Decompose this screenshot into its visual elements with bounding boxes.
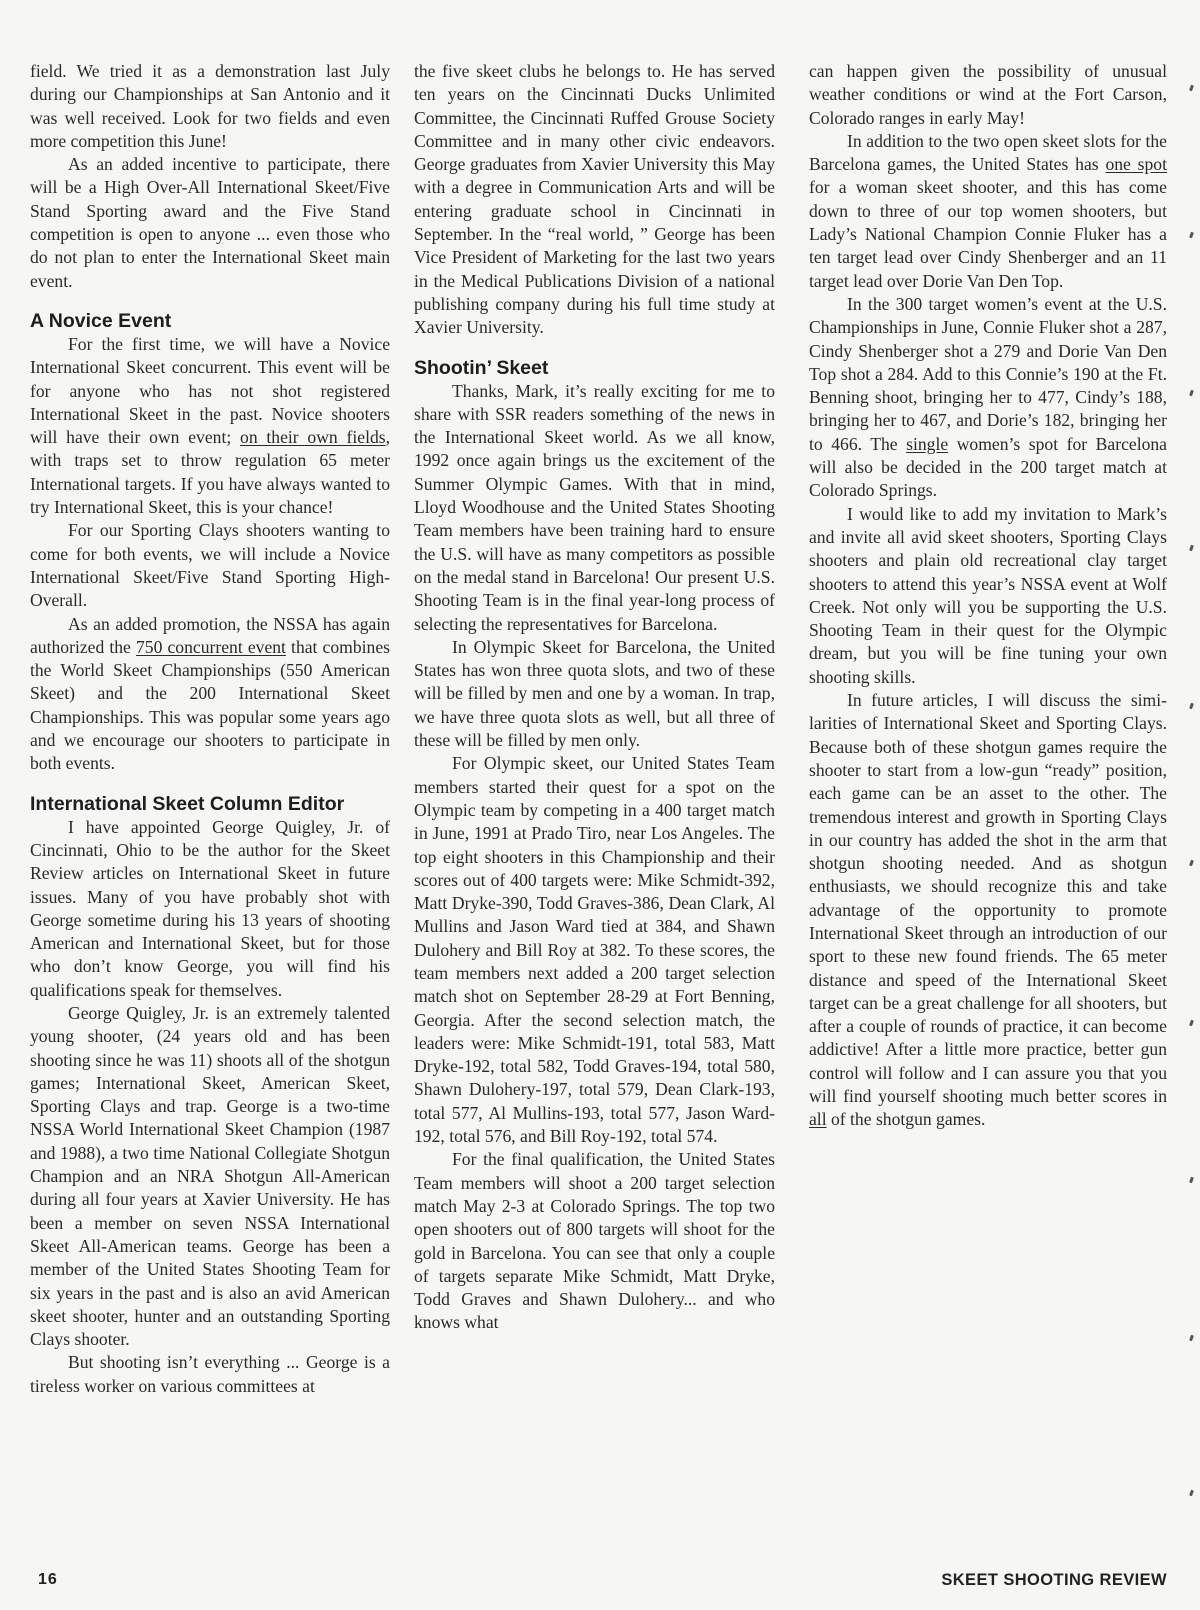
paragraph-text: Thanks, Mark, it’s really exciting for m… xyxy=(414,381,775,634)
paragraph-text: In Olympic Skeet for Barcelona, the Unit… xyxy=(414,637,775,750)
article-paragraph: In future articles, I will discuss the s… xyxy=(809,689,1167,1132)
scan-margin-mark xyxy=(1189,545,1194,552)
article-paragraph: In addition to the two open skeet slots … xyxy=(809,130,1167,293)
article-paragraph: For our Sporting Clays shooters want­ing… xyxy=(30,519,390,612)
paragraph-text: George Quigley, Jr. is an extremely tal­… xyxy=(30,1003,390,1349)
article-column-1: field. We tried it as a demonstration la… xyxy=(30,60,390,1398)
paragraph-text: that combines the World Skeet Champion­s… xyxy=(30,637,390,773)
scan-margin-mark xyxy=(1189,390,1194,397)
article-paragraph: can happen given the possibility of unus… xyxy=(809,60,1167,130)
paragraph-text: can happen given the possibility of unus… xyxy=(809,61,1167,128)
article-paragraph: Thanks, Mark, it’s really exciting for m… xyxy=(414,380,775,636)
section-heading: A Novice Event xyxy=(30,310,390,333)
underlined-emphasis: all xyxy=(809,1109,827,1129)
section-heading: International Skeet Column Editor xyxy=(30,793,390,816)
paragraph-text: In the 300 target women’s event at the U… xyxy=(809,294,1167,454)
scan-margin-mark xyxy=(1189,703,1194,710)
paragraph-text: I have appointed George Quigley, Jr. of … xyxy=(30,817,390,1000)
article-paragraph: I have appointed George Quigley, Jr. of … xyxy=(30,816,390,1002)
paragraph-text: I would like to add my invitation to Mar… xyxy=(809,504,1167,687)
article-column-3: can happen given the possibility of unus… xyxy=(809,60,1167,1132)
article-paragraph: For the first time, we will have a Novic… xyxy=(30,333,390,519)
scan-margin-mark xyxy=(1189,85,1194,92)
article-paragraph: the five skeet clubs he belongs to. He h… xyxy=(414,60,775,340)
magazine-page: field. We tried it as a demonstration la… xyxy=(0,0,1200,1610)
paragraph-text: for a woman skeet shooter, and this has … xyxy=(809,177,1167,290)
underlined-emphasis: single xyxy=(906,434,948,454)
paragraph-text: As an added incentive to participate, th… xyxy=(30,154,390,290)
underlined-emphasis: on their own fields xyxy=(240,427,386,447)
article-paragraph: For Olympic skeet, our United States Tea… xyxy=(414,752,775,1148)
paragraph-text: For Olympic skeet, our United States Tea… xyxy=(414,753,775,1146)
paragraph-text: For the final qualification, the United … xyxy=(414,1149,775,1332)
article-paragraph: But shooting isn’t everything ... George… xyxy=(30,1351,390,1398)
scan-margin-mark xyxy=(1189,1335,1194,1342)
article-paragraph: I would like to add my invitation to Mar… xyxy=(809,503,1167,689)
paragraph-text: In future articles, I will discuss the s… xyxy=(809,690,1167,1106)
scan-margin-mark xyxy=(1189,860,1194,867)
scan-margin-mark xyxy=(1189,232,1194,239)
article-paragraph: In Olympic Skeet for Barcelona, the Unit… xyxy=(414,636,775,752)
magazine-title-footer: SKEET SHOOTING REVIEW xyxy=(941,1571,1167,1590)
scan-margin-mark xyxy=(1189,1490,1194,1497)
page-number: 16 xyxy=(38,1571,58,1589)
paragraph-text: But shooting isn’t everything ... George… xyxy=(30,1352,390,1395)
underlined-emphasis: one spot xyxy=(1105,154,1167,174)
scan-margin-mark xyxy=(1189,1020,1194,1027)
article-paragraph: George Quigley, Jr. is an extremely tal­… xyxy=(30,1002,390,1351)
article-paragraph: field. We tried it as a demonstration la… xyxy=(30,60,390,153)
article-paragraph: As an added promotion, the NSSA has agai… xyxy=(30,613,390,776)
underlined-emphasis: 750 concurrent event xyxy=(136,637,286,657)
article-column-2: the five skeet clubs he belongs to. He h… xyxy=(414,60,775,1335)
paragraph-text: of the shotgun games. xyxy=(827,1109,986,1129)
article-paragraph: As an added incentive to participate, th… xyxy=(30,153,390,293)
article-paragraph: In the 300 target women’s event at the U… xyxy=(809,293,1167,503)
paragraph-text: For our Sporting Clays shooters want­ing… xyxy=(30,520,390,610)
section-heading: Shootin’ Skeet xyxy=(414,357,775,380)
paragraph-text: field. We tried it as a demonstration la… xyxy=(30,61,390,151)
paragraph-text: the five skeet clubs he belongs to. He h… xyxy=(414,61,775,337)
article-paragraph: For the final qualification, the United … xyxy=(414,1148,775,1334)
scan-margin-mark xyxy=(1189,1177,1194,1184)
